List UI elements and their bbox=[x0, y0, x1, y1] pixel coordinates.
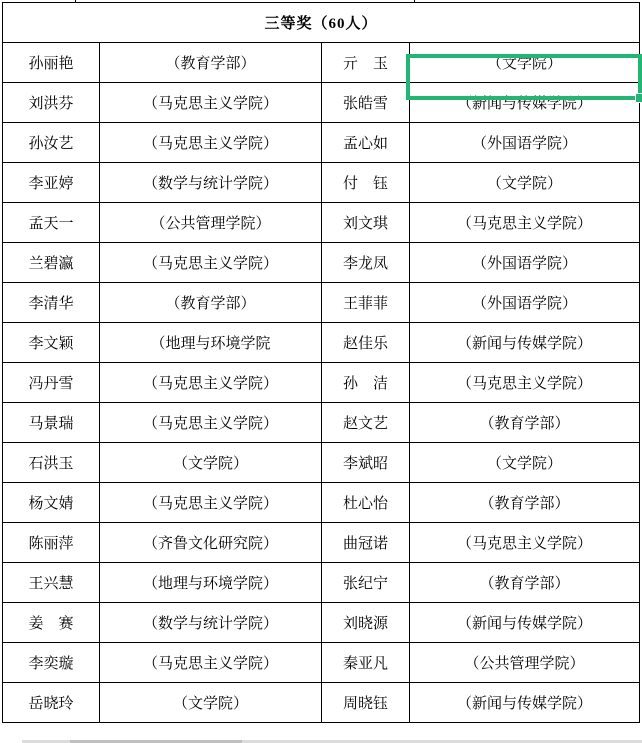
cell-name[interactable]: 孙丽艳 bbox=[3, 43, 100, 83]
cell-department[interactable]: （马克思主义学院） bbox=[100, 643, 322, 683]
cell-department[interactable]: （数学与统计学院） bbox=[100, 163, 322, 203]
cell-department[interactable]: （齐鲁文化研究院） bbox=[100, 523, 322, 563]
cell-name[interactable]: 杜心怡 bbox=[322, 483, 410, 523]
cell-name[interactable]: 刘文琪 bbox=[322, 203, 410, 243]
cell-department[interactable]: （马克思主义学院） bbox=[410, 523, 640, 563]
cell-department[interactable]: （外国语学院） bbox=[410, 283, 640, 323]
cell-name[interactable]: 王兴慧 bbox=[3, 563, 100, 603]
cell-name[interactable]: 周晓钰 bbox=[322, 683, 410, 723]
cell-name[interactable]: 孟天一 bbox=[3, 203, 100, 243]
cell-name[interactable]: 马景瑞 bbox=[3, 403, 100, 443]
table-row: 姜 赛（数学与统计学院）刘晓源（新闻与传媒学院） bbox=[3, 603, 640, 643]
cell-name[interactable]: 张纪宁 bbox=[322, 563, 410, 603]
cell-department[interactable]: （马克思主义学院） bbox=[410, 203, 640, 243]
cell-department[interactable]: （文学院） bbox=[100, 683, 322, 723]
cell-department[interactable]: （教育学部） bbox=[100, 43, 322, 83]
cell-name[interactable]: 孟心如 bbox=[322, 123, 410, 163]
cell-department[interactable]: （新闻与传媒学院） bbox=[410, 683, 640, 723]
table-row: 刘洪芬（马克思主义学院）张皓雪（新闻与传媒学院） bbox=[3, 83, 640, 123]
cell-name[interactable]: 兰碧瀛 bbox=[3, 243, 100, 283]
table-row: 李文颖（地理与环境学院赵佳乐（新闻与传媒学院） bbox=[3, 323, 640, 363]
cell-department[interactable]: （马克思主义学院） bbox=[100, 363, 322, 403]
cell-department[interactable]: （新闻与传媒学院） bbox=[410, 83, 640, 123]
cell-department[interactable]: （文学院） bbox=[410, 163, 640, 203]
cell-department[interactable]: （数学与统计学院） bbox=[100, 603, 322, 643]
cell-department[interactable]: （外国语学院） bbox=[410, 123, 640, 163]
table-row: 王兴慧（地理与环境学院）张纪宁（教育学部） bbox=[3, 563, 640, 603]
table-row: 兰碧瀛（马克思主义学院）李龙凤（外国语学院） bbox=[3, 243, 640, 283]
cell-name[interactable]: 秦亚凡 bbox=[322, 643, 410, 683]
cell-name[interactable]: 孙汝艺 bbox=[3, 123, 100, 163]
table-row: 岳晓玲（文学院）周晓钰（新闻与传媒学院） bbox=[3, 683, 640, 723]
cell-name[interactable]: 亓 玉 bbox=[322, 43, 410, 83]
cell-name[interactable]: 张皓雪 bbox=[322, 83, 410, 123]
cell-department[interactable]: （教育学部） bbox=[410, 563, 640, 603]
table-row: 李清华（教育学部）王菲菲（外国语学院） bbox=[3, 283, 640, 323]
cell-department[interactable]: （马克思主义学院） bbox=[100, 83, 322, 123]
cell-name[interactable]: 赵文艺 bbox=[322, 403, 410, 443]
cell-name[interactable]: 李清华 bbox=[3, 283, 100, 323]
cell-name[interactable]: 李文颖 bbox=[3, 323, 100, 363]
selected-cell[interactable]: （文学院） bbox=[410, 43, 640, 83]
cell-department[interactable]: （马克思主义学院） bbox=[100, 123, 322, 163]
cell-department[interactable]: （公共管理学院） bbox=[410, 643, 640, 683]
cell-name[interactable]: 岳晓玲 bbox=[3, 683, 100, 723]
page: 三等奖（60人） 孙丽艳（教育学部）亓 玉（文学院）刘洪芬（马克思主义学院）张皓… bbox=[0, 0, 642, 743]
table-row: 杨文婧（马克思主义学院）杜心怡（教育学部） bbox=[3, 483, 640, 523]
table-row: 石洪玉（文学院）李斌昭（文学院） bbox=[3, 443, 640, 483]
cell-name[interactable]: 王菲菲 bbox=[322, 283, 410, 323]
cell-department[interactable]: （马克思主义学院） bbox=[410, 363, 640, 403]
cell-department[interactable]: （地理与环境学院） bbox=[100, 563, 322, 603]
cell-department[interactable]: （教育学部） bbox=[410, 403, 640, 443]
cell-department[interactable]: （文学院） bbox=[100, 443, 322, 483]
cell-name[interactable]: 李亚婷 bbox=[3, 163, 100, 203]
title-row: 三等奖（60人） bbox=[3, 3, 640, 43]
cell-department[interactable]: （马克思主义学院） bbox=[100, 483, 322, 523]
fill-handle[interactable] bbox=[635, 93, 642, 103]
cell-name[interactable]: 曲冠诺 bbox=[322, 523, 410, 563]
cell-department[interactable]: （马克思主义学院） bbox=[100, 403, 322, 443]
cell-name[interactable]: 赵佳乐 bbox=[322, 323, 410, 363]
cell-department[interactable]: （公共管理学院） bbox=[100, 203, 322, 243]
table-title-cell[interactable]: 三等奖（60人） bbox=[3, 3, 640, 43]
cell-name[interactable]: 刘晓源 bbox=[322, 603, 410, 643]
cell-department[interactable]: （教育学部） bbox=[100, 283, 322, 323]
table-row: 陈丽萍（齐鲁文化研究院）曲冠诺（马克思主义学院） bbox=[3, 523, 640, 563]
cell-name[interactable]: 冯丹雪 bbox=[3, 363, 100, 403]
table-row: 马景瑞（马克思主义学院）赵文艺（教育学部） bbox=[3, 403, 640, 443]
cell-department[interactable]: （教育学部） bbox=[410, 483, 640, 523]
cell-name[interactable]: 付 钰 bbox=[322, 163, 410, 203]
cell-name[interactable]: 孙 洁 bbox=[322, 363, 410, 403]
cell-name[interactable]: 陈丽萍 bbox=[3, 523, 100, 563]
cell-name[interactable]: 李奕璇 bbox=[3, 643, 100, 683]
table-row: 孙丽艳（教育学部）亓 玉（文学院） bbox=[3, 43, 640, 83]
cell-department[interactable]: （马克思主义学院） bbox=[100, 243, 322, 283]
cell-department[interactable]: （文学院） bbox=[410, 443, 640, 483]
cell-department[interactable]: （新闻与传媒学院） bbox=[410, 603, 640, 643]
table-row: 孙汝艺（马克思主义学院）孟心如（外国语学院） bbox=[3, 123, 640, 163]
table-row: 李奕璇（马克思主义学院）秦亚凡（公共管理学院） bbox=[3, 643, 640, 683]
award-table: 三等奖（60人） 孙丽艳（教育学部）亓 玉（文学院）刘洪芬（马克思主义学院）张皓… bbox=[2, 2, 640, 723]
cell-name[interactable]: 李龙凤 bbox=[322, 243, 410, 283]
cell-name[interactable]: 李斌昭 bbox=[322, 443, 410, 483]
table-row: 冯丹雪（马克思主义学院）孙 洁（马克思主义学院） bbox=[3, 363, 640, 403]
cell-department[interactable]: （新闻与传媒学院） bbox=[410, 323, 640, 363]
cell-name[interactable]: 刘洪芬 bbox=[3, 83, 100, 123]
table-row: 李亚婷（数学与统计学院）付 钰（文学院） bbox=[3, 163, 640, 203]
cell-department[interactable]: （地理与环境学院 bbox=[100, 323, 322, 363]
cell-department[interactable]: （外国语学院） bbox=[410, 243, 640, 283]
cell-name[interactable]: 石洪玉 bbox=[3, 443, 100, 483]
table-row: 孟天一（公共管理学院）刘文琪（马克思主义学院） bbox=[3, 203, 640, 243]
cell-name[interactable]: 杨文婧 bbox=[3, 483, 100, 523]
cell-name[interactable]: 姜 赛 bbox=[3, 603, 100, 643]
